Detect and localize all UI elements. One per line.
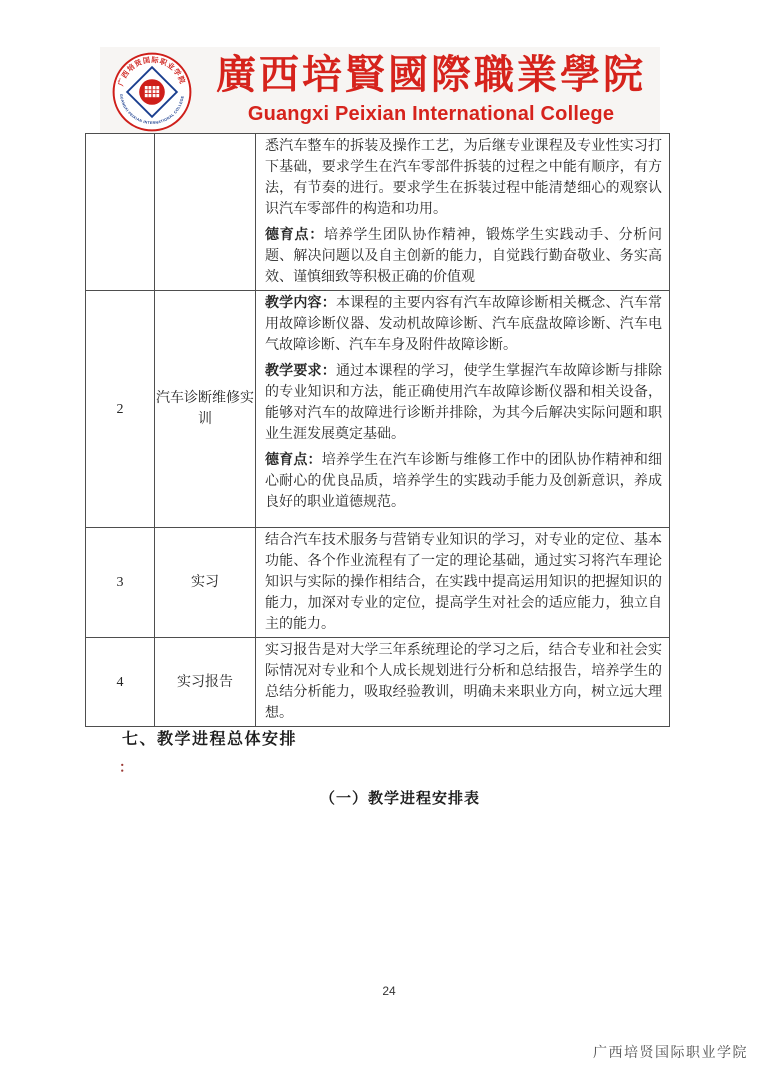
course-table: 悉汽车整车的拆装及操作工艺，为后继专业课程及专业性实习打下基础，要求学生在汽车零… <box>85 133 670 727</box>
college-name-cn: 廣西培賢國際職業學院 <box>206 49 656 101</box>
stray-colon-mark: ： <box>119 757 133 777</box>
course-desc-cell: 教学内容：本课程的主要内容有汽车故障诊断相关概念、汽车常用故障诊断仪器、发动机故… <box>256 291 670 528</box>
para-label: 德育点： <box>265 453 322 468</box>
row-number-cell: 4 <box>86 638 155 727</box>
table-row: 3 实习 结合汽车技术服务与营销专业知识的学习，对专业的定位、基本功能、各个作业… <box>86 528 670 638</box>
course-name-cell: 实习 <box>155 528 256 638</box>
college-logo-icon: 广西培贤国际职业学院 GUANGXI PEIXIAN INTERNATIONAL… <box>112 52 192 132</box>
para-text: 悉汽车整车的拆装及操作工艺，为后继专业课程及专业性实习打下基础，要求学生在汽车零… <box>265 139 662 217</box>
desc-paragraph: 悉汽车整车的拆装及操作工艺，为后继专业课程及专业性实习打下基础，要求学生在汽车零… <box>265 136 662 220</box>
desc-paragraph: 教学要求：通过本课程的学习，使学生掌握汽车故障诊断与排除的专业知识和方法，能正确… <box>265 361 662 445</box>
course-name-cell: 汽车诊断维修实训 <box>155 291 256 528</box>
course-name-cell <box>155 134 256 291</box>
college-name-en: Guangxi Peixian International College <box>206 102 656 126</box>
footer-college-name: 广西培贤国际职业学院 <box>593 1042 748 1062</box>
para-text: 培养学生团队协作精神，锻炼学生实践动手、分析问题、解决问题以及自主创新的能力，自… <box>265 228 662 285</box>
desc-paragraph: 实习报告是对大学三年系统理论的学习之后，结合专业和社会实际情况对专业和个人成长规… <box>265 640 662 724</box>
para-label: 教学要求： <box>265 364 336 379</box>
table-row: 4 实习报告 实习报告是对大学三年系统理论的学习之后，结合专业和社会实际情况对专… <box>86 638 670 727</box>
page-number: 24 <box>0 984 764 998</box>
document-page: 广西培贤国际职业学院 GUANGXI PEIXIAN INTERNATIONAL… <box>0 0 764 1080</box>
section-heading: 七、教学进程总体安排 <box>122 726 297 749</box>
subsection-heading: （一）教学进程安排表 <box>85 787 715 808</box>
desc-paragraph: 结合汽车技术服务与营销专业知识的学习，对专业的定位、基本功能、各个作业流程有了一… <box>265 530 662 635</box>
table-row: 悉汽车整车的拆装及操作工艺，为后继专业课程及专业性实习打下基础，要求学生在汽车零… <box>86 134 670 291</box>
desc-paragraph: 教学内容：本课程的主要内容有汽车故障诊断相关概念、汽车常用故障诊断仪器、发动机故… <box>265 293 662 356</box>
para-text: 培养学生在汽车诊断与维修工作中的团队协作精神和细心耐心的优良品质，培养学生的实践… <box>265 453 662 510</box>
table-row: 2 汽车诊断维修实训 教学内容：本课程的主要内容有汽车故障诊断相关概念、汽车常用… <box>86 291 670 528</box>
para-label: 德育点： <box>265 228 324 243</box>
row-number-cell <box>86 134 155 291</box>
row-number-cell: 3 <box>86 528 155 638</box>
desc-paragraph: 德育点：培养学生团队协作精神，锻炼学生实践动手、分析问题、解决问题以及自主创新的… <box>265 225 662 288</box>
course-name-cell: 实习报告 <box>155 638 256 727</box>
course-desc-cell: 结合汽车技术服务与营销专业知识的学习，对专业的定位、基本功能、各个作业流程有了一… <box>256 528 670 638</box>
logo-center-seal <box>139 79 165 105</box>
header-titles: 廣西培賢國際職業學院 Guangxi Peixian International… <box>206 49 656 126</box>
course-desc-cell: 悉汽车整车的拆装及操作工艺，为后继专业课程及专业性实习打下基础，要求学生在汽车零… <box>256 134 670 291</box>
para-label: 教学内容： <box>265 296 336 311</box>
para-text: 结合汽车技术服务与营销专业知识的学习，对专业的定位、基本功能、各个作业流程有了一… <box>265 533 662 632</box>
college-header: 广西培贤国际职业学院 GUANGXI PEIXIAN INTERNATIONAL… <box>100 47 660 133</box>
row-number-cell: 2 <box>86 291 155 528</box>
para-text: 实习报告是对大学三年系统理论的学习之后，结合专业和社会实际情况对专业和个人成长规… <box>265 643 662 721</box>
course-desc-cell: 实习报告是对大学三年系统理论的学习之后，结合专业和社会实际情况对专业和个人成长规… <box>256 638 670 727</box>
desc-paragraph: 德育点：培养学生在汽车诊断与维修工作中的团队协作精神和细心耐心的优良品质，培养学… <box>265 450 662 513</box>
